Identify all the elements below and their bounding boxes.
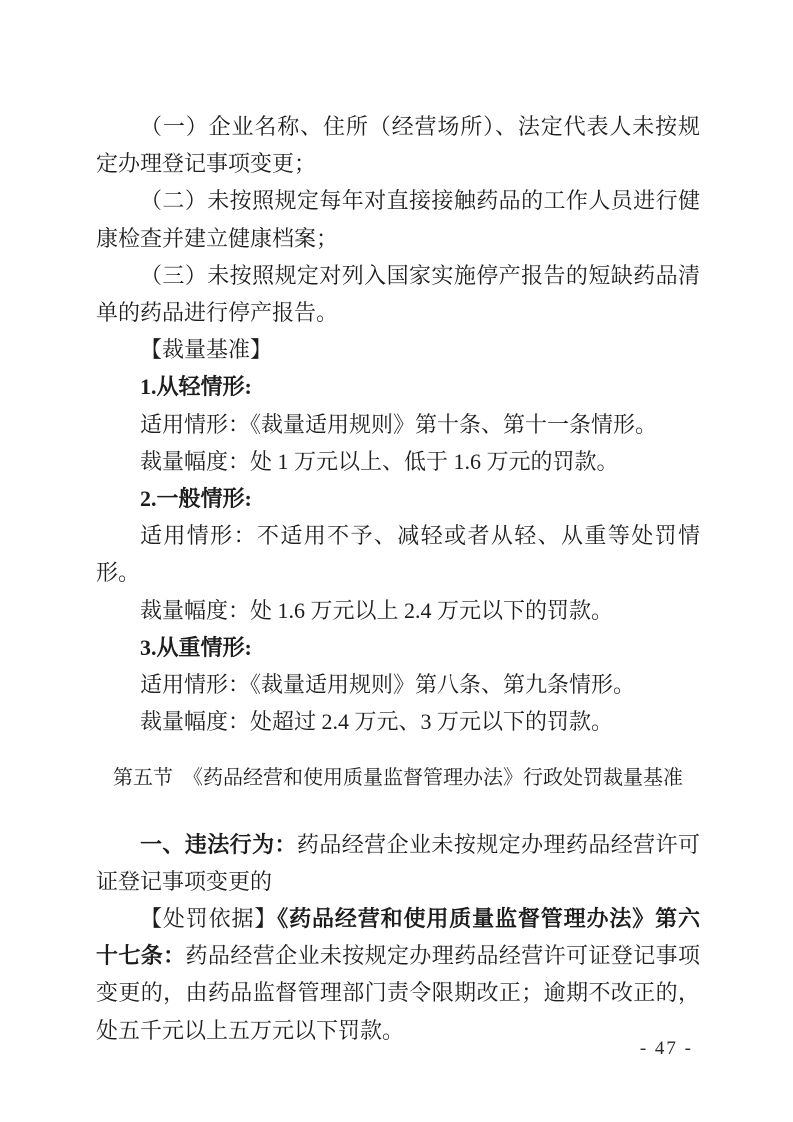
discretion-level-2-range: 裁量幅度：处 1.6 万元以上 2.4 万元以下的罚款。 [96,592,700,629]
penalty-basis-paragraph: 【处罚依据】《药品经营和使用质量监督管理办法》第六十七条：药品经营企业未按规定办… [96,900,700,1049]
penalty-text: 药品经营企业未按规定办理药品经营许可证登记事项变更的，由药品监督管理部门责令限期… [96,943,700,1042]
discretion-level-3-title: 3.从重情形: [96,629,700,666]
clause-item-3: （三）未按照规定对列入国家实施停产报告的短缺药品清单的药品进行停产报告。 [96,257,700,331]
discretion-level-1-title: 1.从轻情形: [96,368,700,405]
discretion-level-2-applicable: 适用情形：不适用不予、减轻或者从轻、从重等处罚情形。 [96,517,700,591]
penalty-bracket-label: 【处罚依据】 [140,906,277,931]
discretion-basis-header: 【裁量基准】 [96,331,700,368]
clause-item-2: （二）未按照规定每年对直接接触药品的工作人员进行健康检查并建立健康档案； [96,182,700,256]
clause-item-1: （一）企业名称、住所（经营场所）、法定代表人未按规定办理登记事项变更； [96,108,700,182]
violation-paragraph: 一、违法行为：药品经营企业未按规定办理药品经营许可证登记事项变更的 [96,826,700,900]
document-page: （一）企业名称、住所（经营场所）、法定代表人未按规定办理登记事项变更； （二）未… [0,0,793,1122]
violation-label: 一、违法行为： [140,832,297,857]
discretion-level-3-range: 裁量幅度：处超过 2.4 万元、3 万元以下的罚款。 [96,703,700,740]
discretion-level-1-applicable: 适用情形：《裁量适用规则》第十条、第十一条情形。 [96,406,700,443]
discretion-level-2-title: 2.一般情形: [96,480,700,517]
discretion-level-1-range: 裁量幅度：处 1 万元以上、低于 1.6 万元的罚款。 [96,443,700,480]
page-number: - 47 - [640,1038,693,1060]
discretion-level-3-applicable: 适用情形：《裁量适用规则》第八条、第九条情形。 [96,666,700,703]
section-heading: 第五节 《药品经营和使用质量监督管理办法》行政处罚裁量基准 [96,760,700,797]
